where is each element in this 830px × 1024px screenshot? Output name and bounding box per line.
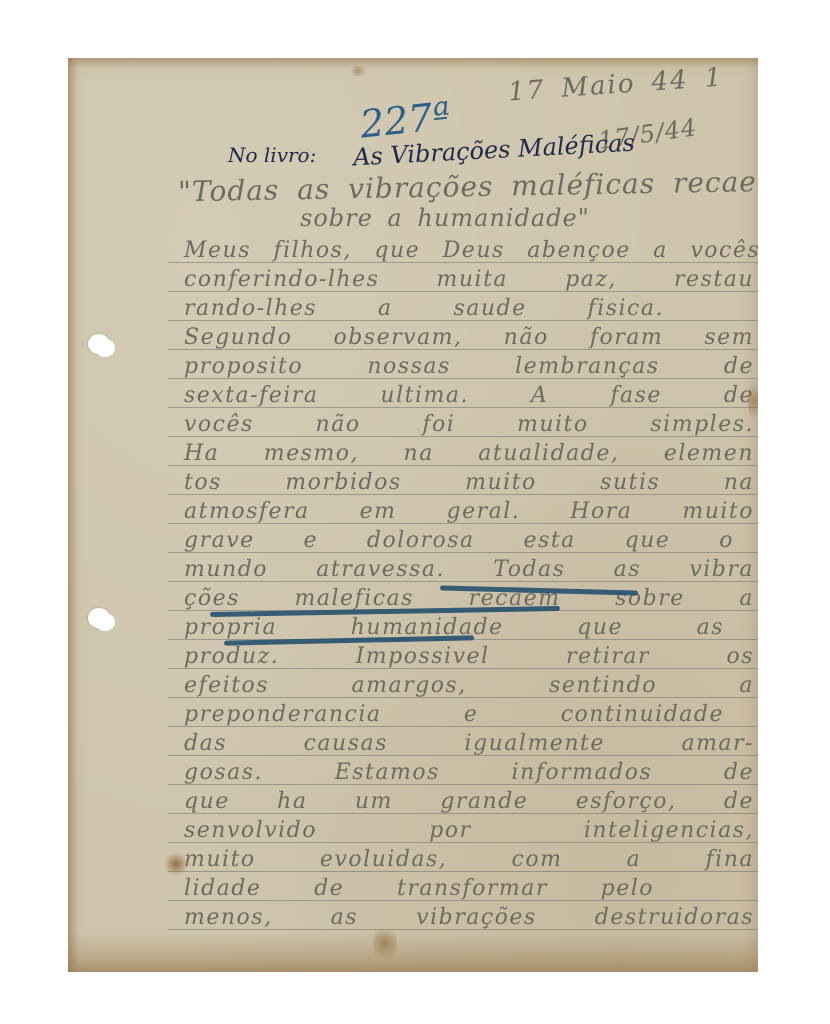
body-line: rando-lhes a saude fisica. [184,296,664,321]
body-line: lidade de transformar pelo [184,876,654,901]
quote-line-1: "Todas as vibrações maléficas recaem [178,165,758,209]
body-line: preponderancia e continuidade [184,702,724,727]
body-line: atmosfera em geral. Hora muito [184,499,754,524]
body-line: Segundo observam, não foram sem [184,325,754,350]
body-line: muito evoluidas, com a fina [184,847,754,872]
body-line: Ha mesmo, na atualidade, elemen [184,441,754,466]
punch-hole [88,608,110,628]
body-line: senvolvido por inteligencias, [184,818,754,843]
body-line: conferindo-lhes muita paz, restau [184,267,754,292]
foxing-stain [348,66,368,76]
body-line: produz. Impossivel retirar os [184,644,754,669]
quote-line-2: sobre a humanidade" [300,204,590,232]
date-line-primary: 17 Maio 44 1 [507,63,724,108]
aged-left-edge [68,58,78,972]
body-line: menos, as vibrações destruidoras [184,905,754,930]
body-line: efeitos amargos, sentindo a [184,673,754,698]
body-line: Meus filhos, que Deus abençoe a vocês [184,238,754,263]
body-line: sexta-feira ultima. A fase de [184,383,754,408]
body-line: mundo atravessa. Todas as vibra [184,557,754,582]
book-label: No livro: [228,143,316,167]
body-line: gosas. Estamos informados de [184,760,754,785]
body-line: tos morbidos muito sutis na [184,470,754,495]
manuscript-page: 227ª 17 Maio 44 1 17/5/44 No livro: As V… [68,58,758,972]
punch-hole [88,334,110,354]
body-line: vocês não foi muito simples. [184,412,754,437]
body-line: proposito nossas lembranças de [184,354,754,379]
body-line: que ha um grande esforço, de [184,789,754,814]
body-line: grave e dolorosa esta que o [184,528,734,553]
body-line: das causas igualmente amar- [184,731,754,756]
scan-canvas: 227ª 17 Maio 44 1 17/5/44 No livro: As V… [0,0,830,1024]
